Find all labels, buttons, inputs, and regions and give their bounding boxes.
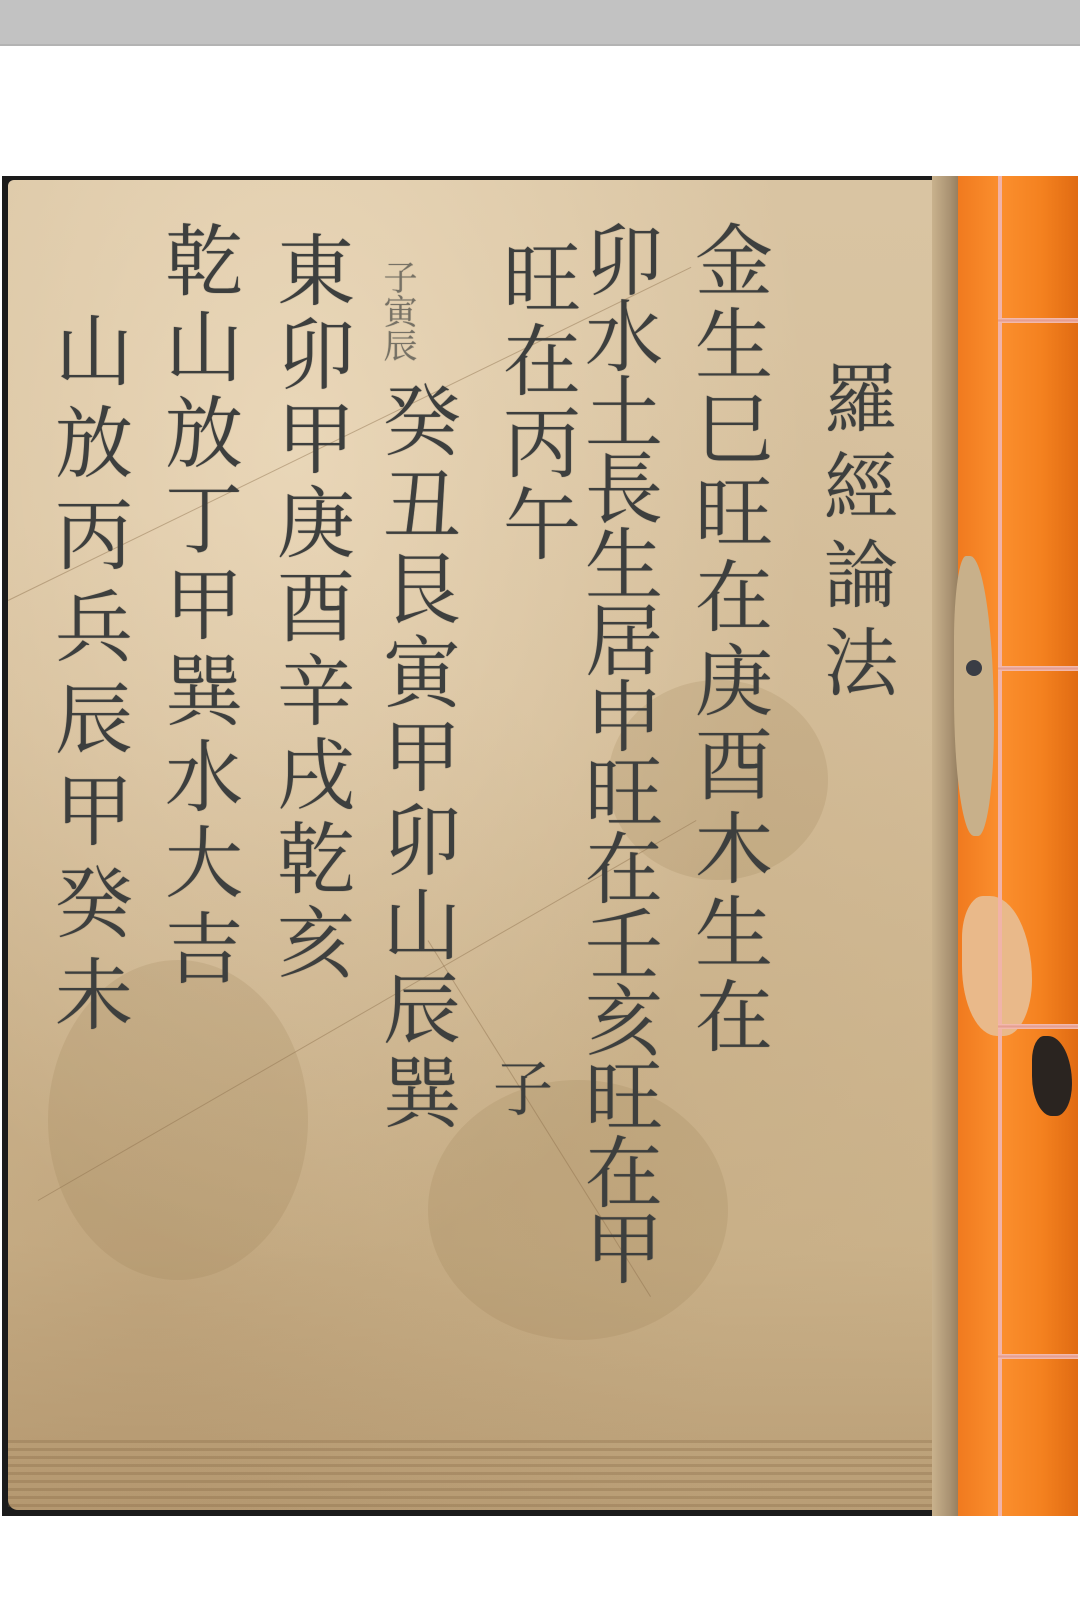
text-column-6: 東卯甲庚酉辛戌乾亥 <box>270 230 348 986</box>
binding-thread <box>998 1354 1078 1359</box>
binding-knot <box>966 660 982 676</box>
manuscript-title: 羅經論法 <box>818 360 892 712</box>
viewer-toolbar <box>0 0 1080 46</box>
page-edge <box>8 1440 958 1510</box>
column-text: 卯水土長生居申旺在壬亥旺在甲 <box>578 220 656 1284</box>
text-column-4: 旺在丙午 <box>496 238 574 566</box>
manuscript-scan: 羅經論法 金生巳旺在庚酉木生在 卯水土長生居申旺在壬亥旺在甲 旺在丙午 子 子寅… <box>2 176 1078 1516</box>
text-column-8: 山放丙兵辰甲癸未 <box>48 310 126 1046</box>
text-column-2: 金生巳旺在庚酉木生在 <box>688 220 766 1060</box>
annotation-zi: 子 <box>493 1060 553 1120</box>
binding-thread <box>998 666 1078 671</box>
column-text: 乾山放丁甲巽水大吉 <box>158 220 236 994</box>
annotation-small: 子寅辰 <box>380 260 414 362</box>
text-column-7: 乾山放丁甲巽水大吉 <box>158 220 236 994</box>
column-text: 金生巳旺在庚酉木生在 <box>688 220 766 1060</box>
title-column: 羅經論法 <box>818 360 892 712</box>
text-column-3: 卯水土長生居申旺在壬亥旺在甲 <box>578 220 656 1284</box>
column-text: 癸丑艮寅甲卯山辰巽 <box>376 380 454 1136</box>
binding-thread <box>998 176 1002 1516</box>
text-column-5: 癸丑艮寅甲卯山辰巽 <box>376 380 454 1136</box>
column-text: 東卯甲庚酉辛戌乾亥 <box>270 230 348 986</box>
manuscript-page: 羅經論法 金生巳旺在庚酉木生在 卯水土長生居申旺在壬亥旺在甲 旺在丙午 子 子寅… <box>8 180 958 1510</box>
orange-spine-cover <box>958 176 1078 1516</box>
column-text: 旺在丙午 <box>496 238 574 566</box>
column-text: 山放丙兵辰甲癸未 <box>48 310 126 1046</box>
binding-thread <box>998 1024 1078 1029</box>
binding-thread <box>998 318 1078 323</box>
